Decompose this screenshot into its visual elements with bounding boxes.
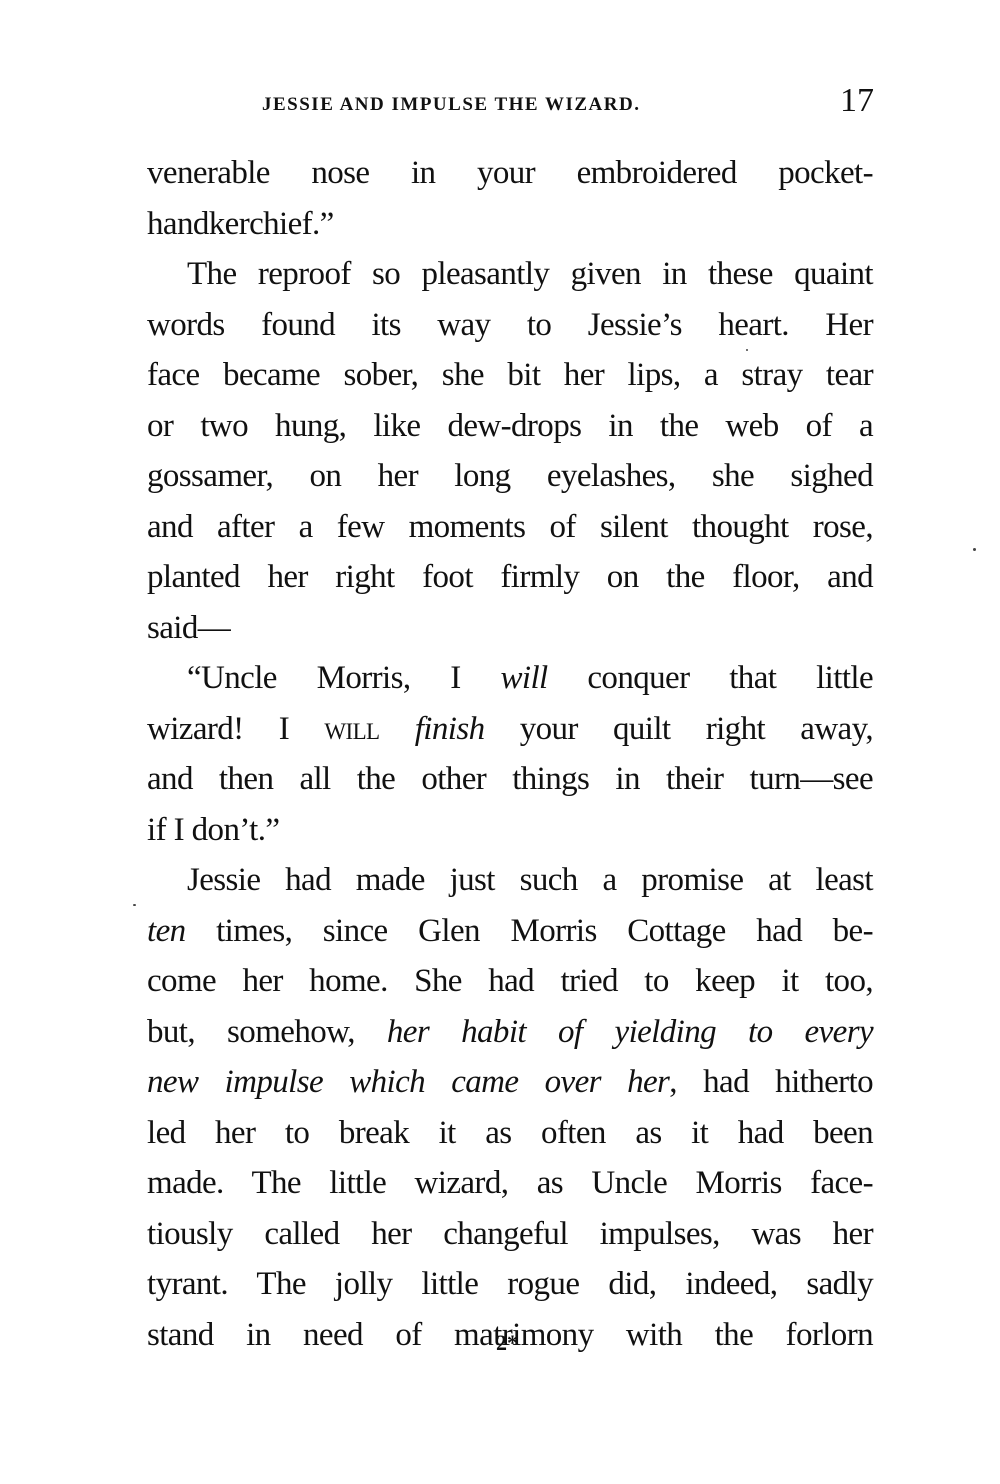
text-segment: , had hitherto	[669, 1064, 873, 1100]
text-segment: venerable nose in your embroidered pocke…	[147, 155, 873, 191]
text-segment: The reproof so pleasantly given in these…	[187, 256, 873, 292]
text-line: tiously called her changeful impulses, w…	[147, 1209, 873, 1260]
text-segment: led her to break it as often as it had b…	[147, 1115, 873, 1151]
text-segment: tiously called her changeful impulses, w…	[147, 1216, 873, 1252]
text-line: if I don’t.”	[147, 805, 873, 856]
text-line: made. The little wizard, as Uncle Morris…	[147, 1158, 873, 1209]
text-segment: but, somehow,	[147, 1014, 387, 1050]
text-line: ten times, since Glen Morris Cottage had…	[147, 906, 873, 957]
text-segment: face became sober, she bit her lips, a s…	[147, 357, 873, 393]
text-line: wizard! I will finish your quilt right a…	[147, 704, 873, 755]
text-segment: and then all the other things in their t…	[147, 761, 873, 797]
text-segment: conquer that little	[548, 660, 873, 696]
text-line: handkerchief.”	[147, 199, 873, 250]
book-page: JESSIE AND IMPULSE THE WIZARD. 17 venera…	[0, 0, 1000, 1484]
scan-speck	[133, 904, 136, 906]
text-line: “Uncle Morris, I will conquer that littl…	[147, 653, 873, 704]
text-segment: planted her right foot firmly on the flo…	[147, 559, 873, 595]
text-segment: said—	[147, 610, 230, 646]
text-line: The reproof so pleasantly given in these…	[147, 249, 873, 300]
text-segment: “Uncle Morris, I	[187, 660, 500, 696]
text-line: or two hung, like dew-drops in the web o…	[147, 401, 873, 452]
signature-mark: 2*	[0, 1330, 1000, 1356]
text-line: and after a few moments of silent though…	[147, 502, 873, 553]
text-line: Jessie had made just such a promise at l…	[147, 855, 873, 906]
text-line: but, somehow, her habit of yielding to e…	[147, 1007, 873, 1058]
text-segment: or two hung, like dew-drops in the web o…	[147, 408, 873, 444]
scan-speck	[973, 548, 976, 551]
text-line: and then all the other things in their t…	[147, 754, 873, 805]
text-segment: times, since Glen Morris Cottage had be-	[186, 913, 873, 949]
italic-text: will	[500, 660, 547, 696]
text-segment: gossamer, on her long eyelashes, she sig…	[147, 458, 873, 494]
page-number: 17	[840, 84, 874, 118]
italic-text: her habit of yielding to every	[387, 1014, 873, 1050]
text-segment: made. The little wizard, as Uncle Morris…	[147, 1165, 873, 1201]
text-line: said—	[147, 603, 873, 654]
text-segment: tyrant. The jolly little rogue did, inde…	[147, 1266, 873, 1302]
text-segment: handkerchief.”	[147, 206, 334, 242]
text-line: planted her right foot firmly on the flo…	[147, 552, 873, 603]
text-segment: come her home. She had tried to keep it …	[147, 963, 873, 999]
text-segment: words found its way to Jessie’s heart. H…	[147, 307, 873, 343]
text-segment	[379, 711, 414, 747]
text-segment: wizard! I	[147, 711, 324, 747]
text-segment: Jessie had made just such a promise at l…	[187, 862, 873, 898]
running-title: JESSIE AND IMPULSE THE WIZARD.	[262, 94, 640, 116]
text-segment: and after a few moments of silent though…	[147, 509, 873, 545]
text-line: led her to break it as often as it had b…	[147, 1108, 873, 1159]
text-line: new impulse which came over her, had hit…	[147, 1057, 873, 1108]
italic-text: ten	[147, 913, 186, 949]
text-segment: if I don’t.”	[147, 812, 279, 848]
text-line: words found its way to Jessie’s heart. H…	[147, 300, 873, 351]
italic-text: finish	[415, 711, 485, 747]
scan-speck	[746, 349, 748, 351]
small-caps-text: will	[324, 711, 379, 747]
text-line: tyrant. The jolly little rogue did, inde…	[147, 1259, 873, 1310]
text-line: come her home. She had tried to keep it …	[147, 956, 873, 1007]
text-line: gossamer, on her long eyelashes, she sig…	[147, 451, 873, 502]
text-segment: your quilt right away,	[484, 711, 873, 747]
italic-text: new impulse which came over her	[147, 1064, 669, 1100]
running-head: JESSIE AND IMPULSE THE WIZARD. 17	[262, 88, 874, 124]
text-line: venerable nose in your embroidered pocke…	[147, 148, 873, 199]
body-text: venerable nose in your embroidered pocke…	[147, 148, 873, 1360]
text-line: face became sober, she bit her lips, a s…	[147, 350, 873, 401]
